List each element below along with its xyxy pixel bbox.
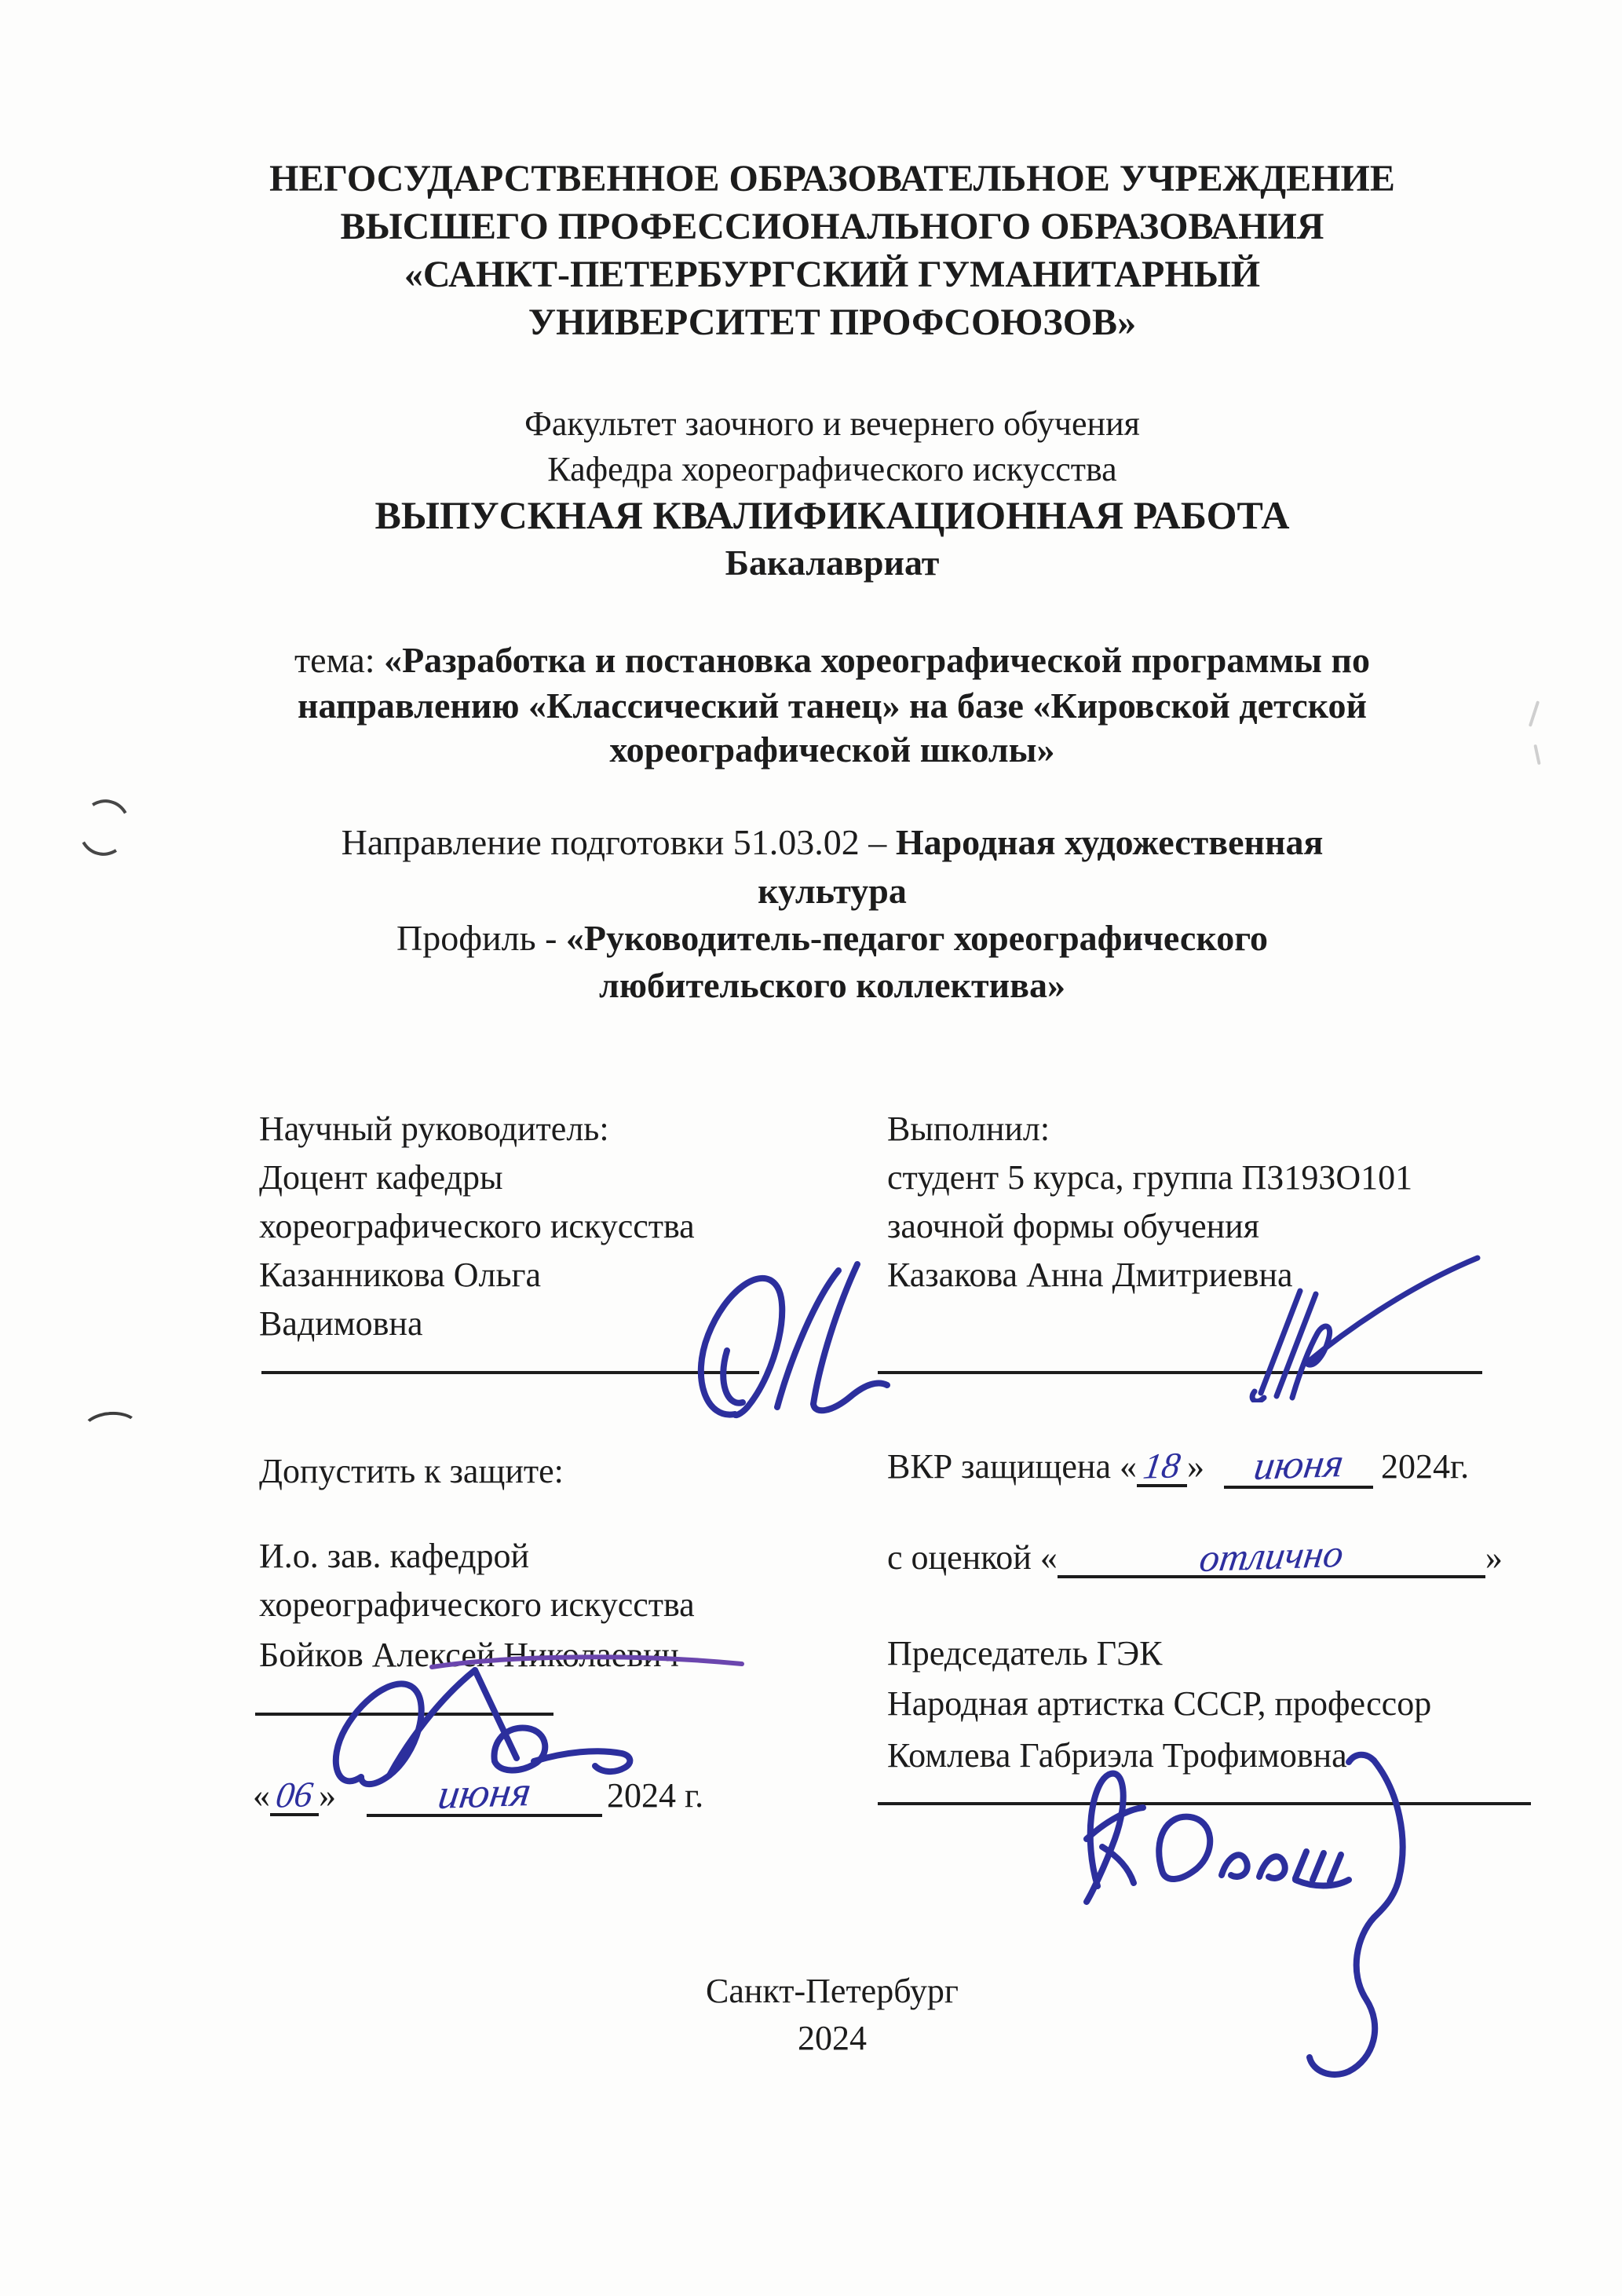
defense-date-row: ВКР защищена «18» июня2024г. xyxy=(887,1445,1469,1489)
document-page: НЕГОСУДАРСТВЕННОЕ ОБРАЗОВАТЕЛЬНОЕ УЧРЕЖД… xyxy=(0,0,1622,2296)
degree-level: Бакалавриат xyxy=(42,542,1622,583)
author-study-form-line: заочной формы обучения xyxy=(887,1206,1259,1246)
chairman-signature xyxy=(1036,1745,1492,2090)
scan-artifact-arc xyxy=(81,1409,141,1443)
supervisor-position-line: хореографического искусства xyxy=(259,1206,695,1246)
profile-line-2: любительского коллектива» xyxy=(42,964,1622,1006)
work-type-title: ВЫПУСКНАЯ КВАЛИФИКАЦИОННАЯ РАБОТА xyxy=(42,492,1622,538)
defense-day-blank: 18 xyxy=(1137,1448,1187,1487)
grade-row: с оценкой «отлично» xyxy=(887,1536,1503,1578)
chairman-title: Председатель ГЭК xyxy=(887,1633,1163,1673)
program-line-1: Направление подготовки 51.03.02 – Народн… xyxy=(42,821,1622,863)
grade-prefix: с оценкой « xyxy=(887,1538,1058,1577)
admission-head-signature xyxy=(314,1643,754,1820)
university-name-line: ВЫСШЕГО ПРОФЕССИОНАЛЬНОГО ОБРАЗОВАНИЯ xyxy=(42,205,1622,248)
supervisor-signature xyxy=(659,1253,895,1422)
admission-title: Допустить к защите: xyxy=(259,1451,564,1491)
supervisor-position-line: Доцент кафедры xyxy=(259,1157,503,1197)
admission-day-blank: 06 xyxy=(270,1777,319,1816)
university-name-line: «САНКТ-ПЕТЕРБУРГСКИЙ ГУМАНИТАРНЫЙ xyxy=(42,253,1622,296)
profile-line-1: Профиль - «Руководитель-педагог хореогра… xyxy=(42,917,1622,959)
defense-day-handwritten: 18 xyxy=(1142,1447,1183,1485)
defense-prefix: ВКР защищена « xyxy=(887,1447,1137,1486)
chairman-rank: Народная артистка СССР, профессор xyxy=(887,1684,1431,1724)
department-line: Кафедра хореографического искусства xyxy=(42,449,1622,489)
program-line-2: культура xyxy=(42,870,1622,912)
university-name-line: НЕГОСУДАРСТВЕННОЕ ОБРАЗОВАТЕЛЬНОЕ УЧРЕЖД… xyxy=(42,157,1622,200)
defense-month-handwritten: июня xyxy=(1251,1443,1346,1487)
supervisor-name-line: Вадимовна xyxy=(259,1303,423,1344)
topic-text: «Разработка и постановка хореографическо… xyxy=(384,640,1370,680)
topic-line-3: хореографической школы» xyxy=(42,729,1622,770)
grade-blank: отлично xyxy=(1058,1536,1485,1578)
admission-day-handwritten: 06 xyxy=(274,1776,316,1814)
admission-position-line: хореографического искусства xyxy=(259,1585,695,1625)
university-name-line: УНИВЕРСИТЕТ ПРОФСОЮЗОВ» xyxy=(42,301,1622,344)
admission-position-line: И.о. зав. кафедрой xyxy=(259,1536,529,1576)
defense-close-quote: » xyxy=(1187,1447,1204,1486)
grade-close-quote: » xyxy=(1485,1538,1503,1577)
author-signature xyxy=(1225,1245,1492,1402)
profile-label: Профиль - xyxy=(396,918,557,958)
topic-label: тема: xyxy=(294,640,375,680)
program-label: Направление подготовки 51.03.02 – xyxy=(342,822,887,862)
grade-handwritten: отлично xyxy=(1197,1534,1346,1578)
defense-year: 2024г. xyxy=(1381,1447,1469,1486)
faculty-line: Факультет заочного и вечернего обучения xyxy=(42,404,1622,444)
topic-line-2: направлению «Классический танец» на базе… xyxy=(42,685,1622,726)
program-name: Народная художественная xyxy=(896,822,1324,862)
open-quote: « xyxy=(253,1776,270,1815)
author-course-group-line: студент 5 курса, группа ПЗ19ЗО101 xyxy=(887,1157,1412,1197)
topic-line-1: тема: «Разработка и постановка хореограф… xyxy=(42,639,1622,681)
profile-name: «Руководитель-педагог хореографического xyxy=(566,918,1268,958)
supervisor-label: Научный руководитель: xyxy=(259,1109,609,1149)
supervisor-name-line: Казанникова Ольга xyxy=(259,1255,541,1295)
author-label: Выполнил: xyxy=(887,1109,1050,1149)
defense-month-blank: июня xyxy=(1224,1445,1373,1489)
